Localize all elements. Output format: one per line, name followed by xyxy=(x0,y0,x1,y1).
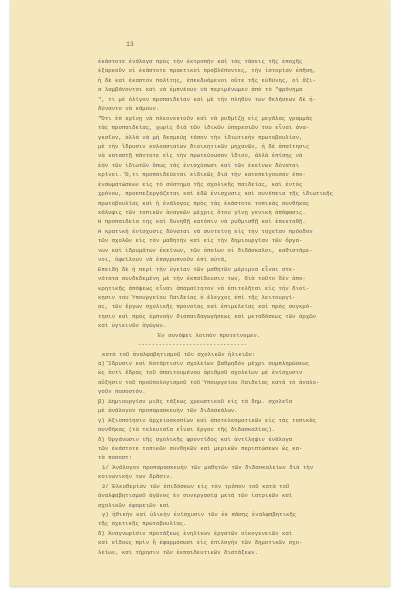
sub-list-item: 1/ Ἀνάλογον προπαρασκευὴν τῶν μαθητῶν τῶ… xyxy=(98,463,364,472)
list-item: δ) Ὀργάνωσιν τῆς σχολικῆς φροντίδος καὶ … xyxy=(98,435,364,444)
dashed-rule: -------------------------------- xyxy=(98,340,364,349)
text-line: δύναντο νὰ κάμουν. xyxy=(98,104,364,113)
text-line: γοῦν ποσοστόν. xyxy=(98,387,364,396)
text-line: καὶ εἴδους πρὶν ἢ ἐφαρμόσωσι εἰς ἐπιλογὴ… xyxy=(98,538,364,547)
text-line: νων καὶ ἱδρυμάτων ἐκείνων, τῶν ὁποίων οἱ… xyxy=(98,246,364,255)
text-line: κοινωνικὴν των δρᾶσιν. xyxy=(98,472,364,481)
section-heading: Ἐν συνόψει λοιπὸν προτείνομεν. xyxy=(98,331,364,340)
text-line: καὶ ὑγιεινῶν ἀγώγων. xyxy=(98,321,364,330)
text-line: αὔξησιν τοῦ προϋπολογισμοῦ τοῦ Ὑπουργείο… xyxy=(98,378,364,387)
text-line: νότατα συνδεδεμένη μὲ τὴν ἐκπαίδευσιν τω… xyxy=(98,274,364,283)
text-line: Ἐπειδὴ δὲ ἡ περὶ τὴν ὑγείαν τῶν μαθητῶν … xyxy=(98,265,364,274)
text-line: σχολικῶν ἐφορειῶν καὶ xyxy=(98,501,364,510)
text-line: λείων, καὶ τήρησιν τῶν ἐκπαιδευτικῶν δια… xyxy=(98,548,364,557)
text-line: μὲ τὴν ἵδρυσιν κολοσσιαίων διοικητικῶν μ… xyxy=(98,142,364,151)
text-line: χρόνου, προεπεξεργάζεται καὶ ἐδῶ ἐνισχυσ… xyxy=(98,189,364,198)
text-line: "Ὅτι ἐπ κρίνῃ νὰ πλεονεκτοῦν καὶ νὰ ρυθμ… xyxy=(98,114,364,123)
text-line: ἐνσωματώσεων εἰς τὸ σύστημα τῆς σχολικῆς… xyxy=(98,180,364,189)
text-line: τὰς προπαιδείας, χωρὶς διὰ τῶν ἰδικῶν ὑπ… xyxy=(98,123,364,132)
text-line: ας, τῶν ἔργων σχολικῆς προνοίας καὶ ἐπιμ… xyxy=(98,302,364,311)
text-line: γκαῖον, ἀλλὰ νὰ μὴ δεσμεύῃ τόσον τὴν ἰδι… xyxy=(98,133,364,142)
text-line: τῶν ἐκάστοτε τοπικῶν συνθηκῶν καὶ μερικῶ… xyxy=(98,444,364,453)
text-line: ", τι μὲ ὀλίγον προπαιδείαν καὶ μὲ τὴν π… xyxy=(98,95,364,104)
text-line: κρίνει. Ὅ,τι προπαιδεύεται εἰδικῶς διὰ τ… xyxy=(98,170,364,179)
sub-list-item: 2/ Ἐλευθερίαν τῶν ἐπιδόσεων εἰς τὸν τρόπ… xyxy=(98,482,364,491)
list-item: δ) Ἀναγνωρίσιν προτάξεως ἐνηλίκων ἐργατῶ… xyxy=(98,529,364,538)
text-line: νὰ καταστῇ πάντοτε εἰς τὴν πρωτεύουσαν ἴ… xyxy=(98,151,364,160)
text-line: ἐκάστοτε ἐνάλογα πρὸς τὴν ἐκτροπὴν καὶ τ… xyxy=(98,57,364,66)
document-page: 13 ἐκάστοτε ἐνάλογα πρὸς τὴν ἐκτροπὴν κα… xyxy=(10,0,390,586)
text-line: κρητικῆς ἀπόψεως εἶναι ἀπαραίτητον νὰ ἐπ… xyxy=(98,284,364,293)
typewritten-body: ἐκάστοτε ἐνάλογα πρὸς τὴν ἐκτροπὴν καὶ τ… xyxy=(98,57,364,557)
subheading: κατὰ τοῦ ἀναλφαβητισμοῦ τῶν σχολικῶν ἡλι… xyxy=(98,350,364,359)
text-line: τησιν καὶ πρὸς ἐμπνοὴν διαπαιδαγωγήσεως … xyxy=(98,312,364,321)
text-line: τῆς σχετικῆς πρωτοβουλίας. xyxy=(98,519,364,528)
sub-list-item: γ) ἠθικὴν καὶ ὑλικὴν ἐνίσχυσιν τῶν ἐκ πά… xyxy=(98,510,364,519)
text-line: ἡ δὲ καὶ ἐκαστον πολίτης, ἐπεκδυόμενοι ο… xyxy=(98,76,364,85)
list-item: α) Ἵδρυσιν καὶ Κατάρτισιν σχολείων βαθμη… xyxy=(98,359,364,368)
text-line: ἐὰν τῶν ἰδιωτῶν ὅπως τὰς ἐνισχύσωσι καὶ … xyxy=(98,161,364,170)
list-item: γ) Ἀξιοποίησιν ἀρχειοσκοπίων καὶ ἀποτελε… xyxy=(98,416,364,425)
text-line: Ἡ κρατικὴ ἐνίσχυσις δύναται νὰ συντείνῃ … xyxy=(98,227,364,236)
text-line: τῶν σχολῶν εἰς τὸν μαθητὴν καὶ εἰς τὴν δ… xyxy=(98,236,364,245)
text-line: κάλυψις τῶν τοπικῶν ἀναγκῶν μέχρις ὅτου … xyxy=(98,208,364,217)
list-item: β) Δημιουργίαν μιᾶς τάξεως χρεωστικοῦ εἰ… xyxy=(98,397,364,406)
text-line: κησιν του Ὑπουργείου Παιδείας ὁ ἔλεγχος … xyxy=(98,293,364,302)
page-number: 13 xyxy=(126,41,134,48)
text-line: συνθήκας (τὰ τελευταῖα εἶναι ἔργον τῆς δ… xyxy=(98,425,364,434)
text-line: ἐξαρκοῦν οἱ ἐκάστοτε πρακτικοὶ προβλέπον… xyxy=(98,66,364,75)
text-line: πρωτοβουλίας καὶ ἡ ἐνάλογος πρὸς τὰς ἐκά… xyxy=(98,199,364,208)
text-line: μὲ ἀνάλογον προπαρασκευὴν τῶν διδασκάλων… xyxy=(98,406,364,415)
text-line: τὰ ποσοστ: xyxy=(98,453,364,462)
text-line: α λαμβάνονται καὶ νὰ ἐμπνέουν νὰ περιμέν… xyxy=(98,85,364,94)
text-line: νοι, ὁφείλουν νὰ ἐπαγρυπνοῦν ἐπὶ αὐτά, xyxy=(98,255,364,264)
text-line: ἀναλφαβητισμοῦ ἀγῶνος ἐν συνεργασίᾳ μετὰ… xyxy=(98,491,364,500)
text-line: Ἡ προπαιδεία της καὶ δυνηθῇ κατόπιν νὰ ρ… xyxy=(98,217,364,226)
text-line: ὡς ἀντὶ ἕδρας τοῦ ἀπαιτουμένου ἀριθμοῦ σ… xyxy=(98,368,364,377)
